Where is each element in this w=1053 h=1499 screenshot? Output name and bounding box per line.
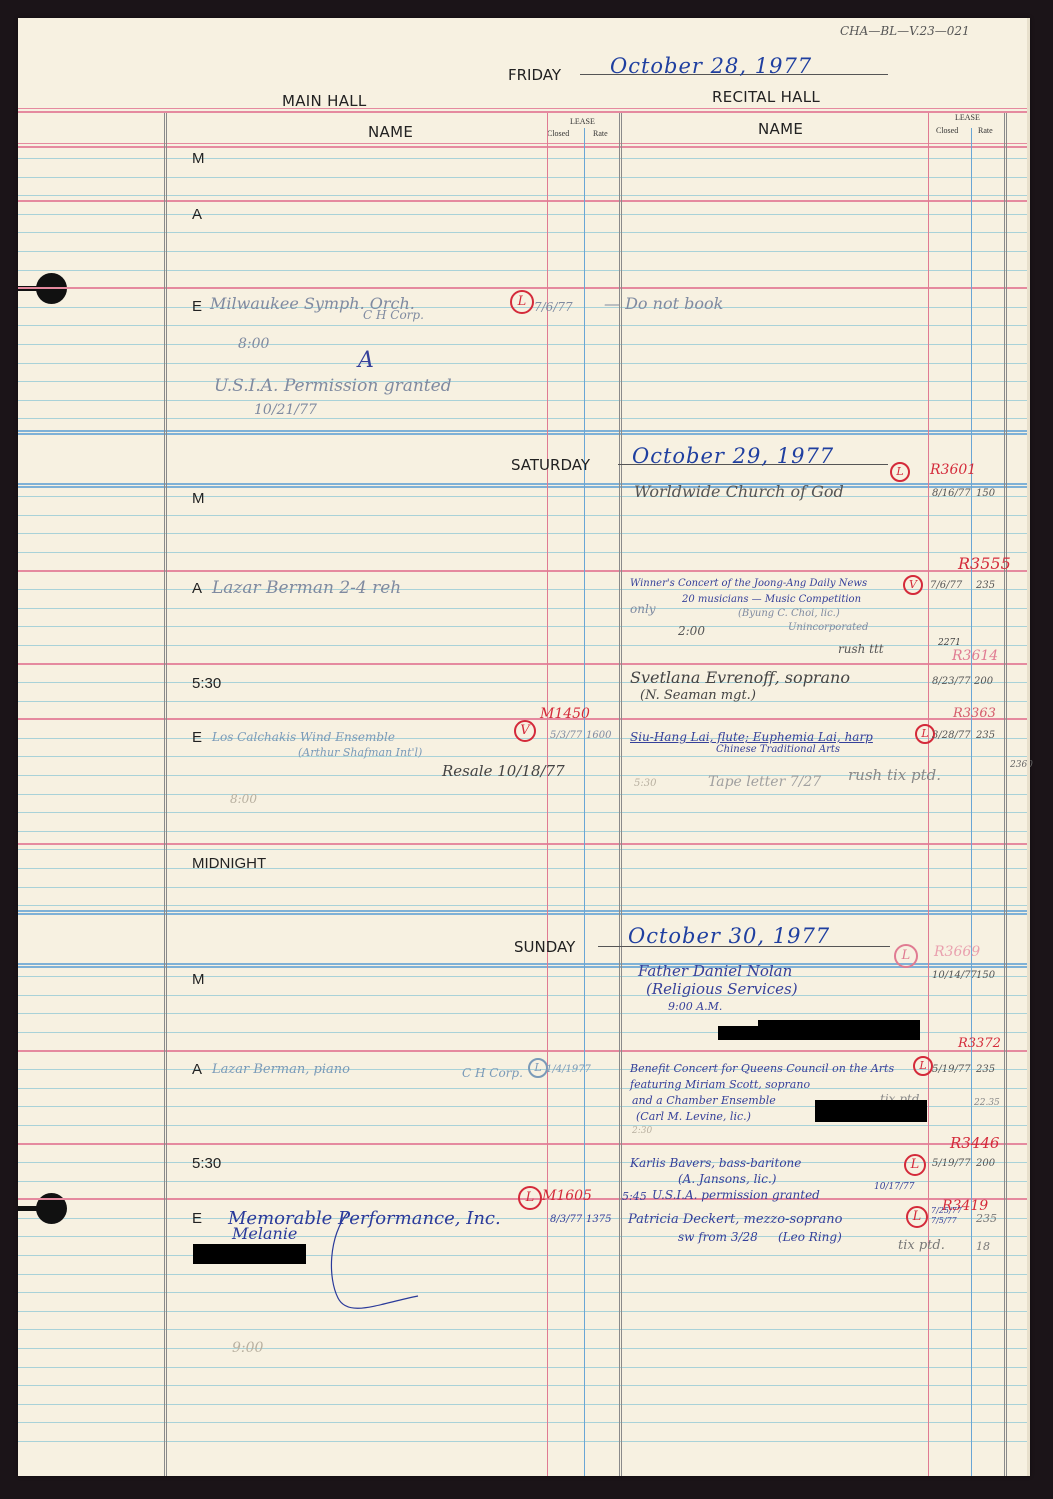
entry-name: Worldwide Church of God bbox=[634, 482, 844, 501]
slot-m: M bbox=[192, 150, 205, 167]
entry-manager: (Byung C. Choi, lic.) bbox=[738, 608, 840, 619]
ruled-line bbox=[18, 682, 1030, 683]
slot-a: A bbox=[192, 206, 202, 223]
left-margin-rule bbox=[164, 113, 167, 1476]
closed-date: 8/23/77 bbox=[932, 676, 971, 687]
entry-note: C H Corp. bbox=[462, 1066, 523, 1080]
status-circle: V bbox=[903, 575, 923, 595]
entry-time: 2:00 bbox=[678, 624, 705, 638]
reference-number: CHA—BL—V.23—021 bbox=[840, 24, 970, 38]
closed-date: 8/16/77 bbox=[932, 488, 971, 499]
closed-date: 5/3/77 bbox=[550, 730, 582, 741]
slot-m: M bbox=[192, 490, 205, 507]
slot-rule bbox=[18, 1050, 1030, 1052]
ruled-line bbox=[18, 1441, 1030, 1442]
ruled-line bbox=[18, 325, 1030, 326]
ruled-line bbox=[18, 701, 1030, 702]
header-top-rule bbox=[18, 108, 1030, 113]
entry-time: 8:00 bbox=[238, 336, 269, 352]
ruled-line bbox=[18, 214, 1030, 215]
ruled-line bbox=[18, 177, 1030, 178]
slot-midnight: MIDNIGHT bbox=[192, 855, 266, 872]
closed-header-main: Closed bbox=[547, 129, 569, 138]
rate-value: 1375 bbox=[586, 1214, 611, 1225]
name-col-header-recital: NAME bbox=[758, 120, 803, 138]
date-saturday: October 29, 1977 bbox=[632, 444, 834, 468]
entry-manager: (N. Seaman mgt.) bbox=[640, 688, 756, 703]
slot-m: M bbox=[192, 971, 205, 988]
entry-note: Unincorporated bbox=[788, 622, 868, 633]
rate-value: 235 bbox=[976, 1212, 997, 1225]
handwritten-flourish bbox=[318, 1208, 428, 1318]
ruled-line bbox=[18, 1162, 1030, 1163]
ruled-line bbox=[18, 1367, 1030, 1368]
slot-530: 5:30 bbox=[192, 1155, 221, 1172]
ruled-line bbox=[18, 868, 1030, 869]
ruled-line bbox=[18, 905, 1030, 906]
permission-note: U.S.I.A. Permission granted bbox=[214, 376, 452, 396]
rate-header-recital: Rate bbox=[978, 126, 993, 135]
closed-date: 8/3/77 bbox=[550, 1214, 582, 1225]
status-circle: L bbox=[890, 462, 910, 482]
ruled-line bbox=[18, 533, 1030, 534]
status-circle: L bbox=[906, 1206, 928, 1228]
redaction bbox=[758, 1020, 920, 1040]
ruled-line bbox=[18, 1404, 1030, 1405]
entry-time: 5:30 bbox=[634, 778, 656, 789]
ruled-line bbox=[18, 1013, 1030, 1014]
margin-note: only bbox=[630, 602, 656, 616]
closed-date: 5/19/77 bbox=[932, 1158, 971, 1169]
permission-date: 10/21/77 bbox=[254, 402, 317, 418]
reservation-number: R3446 bbox=[950, 1134, 999, 1152]
entry-name: Karlis Bavers, bass-baritone bbox=[630, 1156, 801, 1170]
aside-number: 2360 bbox=[1010, 760, 1033, 770]
entry-name: Svetlana Evrenoff, soprano bbox=[630, 668, 850, 687]
slot-e: E bbox=[192, 298, 202, 315]
reservation-number: R3555 bbox=[958, 554, 1011, 573]
entry-line2: sw from 3/28 bbox=[678, 1230, 758, 1244]
ruled-line bbox=[18, 1292, 1030, 1293]
entry-name: Siu-Hang Lai, flute; Euphemia Lai, harp bbox=[630, 730, 873, 744]
rate-col-rule-main bbox=[584, 128, 585, 1476]
status-circle: L bbox=[510, 290, 534, 314]
rate-value: 150 bbox=[976, 488, 995, 499]
redaction bbox=[718, 1026, 778, 1040]
ruled-line bbox=[18, 381, 1030, 382]
ruled-line bbox=[18, 270, 1030, 271]
closed-date-alt: 7/5/77 bbox=[931, 1216, 957, 1225]
section-divider bbox=[18, 430, 1030, 435]
ruled-line bbox=[18, 831, 1030, 832]
closed-date: 5/19/77 bbox=[932, 1064, 971, 1075]
entry-time: 2:30 bbox=[632, 1126, 652, 1136]
ruled-line bbox=[18, 418, 1030, 419]
entry-note2: rush ttt bbox=[838, 642, 884, 656]
right-margin-rule bbox=[1004, 113, 1007, 1476]
ruled-line bbox=[18, 849, 1030, 850]
entry-manager: (Leo Ring) bbox=[778, 1230, 842, 1244]
ruled-line bbox=[18, 1125, 1030, 1126]
rate-value: 235 bbox=[976, 730, 995, 741]
ruled-line bbox=[18, 589, 1030, 590]
status-circle: L bbox=[528, 1058, 548, 1078]
ruled-line bbox=[18, 1311, 1030, 1312]
entry-remark: — Do not book bbox=[604, 294, 723, 313]
ruled-line bbox=[18, 232, 1030, 233]
ruled-line bbox=[18, 363, 1030, 364]
ruled-line bbox=[18, 195, 1030, 196]
reservation-number: R3614 bbox=[952, 648, 998, 664]
closed-date: 1/4/1977 bbox=[546, 1064, 591, 1075]
status-circle: L bbox=[894, 944, 918, 968]
lease-header-recital: LEASE bbox=[955, 113, 980, 122]
reservation-number: R3601 bbox=[930, 462, 976, 478]
ruled-line bbox=[18, 344, 1030, 345]
slot-rule bbox=[18, 570, 1030, 572]
redaction bbox=[193, 1244, 306, 1264]
ruled-line bbox=[18, 1348, 1030, 1349]
day-label-friday: FRIDAY bbox=[508, 66, 561, 84]
day-label-saturday: SATURDAY bbox=[511, 456, 590, 474]
entry-time: 9:00 bbox=[232, 1340, 263, 1356]
closed-date: 7/6/77 bbox=[534, 300, 573, 314]
slot-rule bbox=[18, 663, 1030, 665]
ruled-line bbox=[18, 158, 1030, 159]
reservation-number: M1605 bbox=[542, 1188, 592, 1204]
entry-time: 9:00 A.M. bbox=[668, 1000, 722, 1013]
reservation-number: R3363 bbox=[953, 706, 996, 721]
ruled-line bbox=[18, 1329, 1030, 1330]
ruled-line bbox=[18, 1274, 1030, 1275]
section-divider bbox=[18, 910, 1030, 915]
date-sunday: October 30, 1977 bbox=[628, 924, 830, 948]
ruled-line bbox=[18, 1385, 1030, 1386]
closed-header-recital: Closed bbox=[936, 126, 958, 135]
ruled-line bbox=[18, 608, 1030, 609]
ruled-line bbox=[18, 626, 1030, 627]
entry-name: Los Calchakis Wind Ensemble bbox=[212, 730, 395, 744]
entry-line2: Melanie bbox=[232, 1224, 297, 1243]
ruled-line bbox=[18, 976, 1030, 977]
aside-number: 2271 bbox=[938, 638, 961, 648]
reservation-number: R3669 bbox=[934, 944, 980, 960]
entry-note: Tape letter 7/27 bbox=[708, 774, 821, 790]
ruled-line bbox=[18, 1088, 1030, 1089]
entry-time: 8:00 bbox=[230, 792, 257, 806]
closed-col-rule-recital bbox=[928, 113, 929, 1476]
closed-col-rule-main bbox=[547, 113, 548, 1476]
status-circle: L bbox=[904, 1154, 926, 1176]
rate-header-main: Rate bbox=[593, 129, 608, 138]
section-divider bbox=[18, 483, 1030, 488]
entry-name: Patricia Deckert, mezzo-soprano bbox=[628, 1212, 842, 1227]
status-circle: V bbox=[514, 720, 536, 742]
entry-name: Lazar Berman 2-4 reh bbox=[212, 578, 401, 598]
usia-time: 5:45 bbox=[622, 1190, 647, 1203]
redaction bbox=[815, 1100, 927, 1122]
closed-date: 7/6/77 bbox=[930, 580, 962, 591]
ruled-line bbox=[18, 552, 1030, 553]
name-col-header-main: NAME bbox=[368, 123, 413, 141]
entry-name: Lazar Berman, piano bbox=[212, 1062, 350, 1077]
ruled-line bbox=[18, 1236, 1030, 1237]
ruled-line bbox=[18, 812, 1030, 813]
entry-note: C H Corp. bbox=[363, 308, 424, 322]
entry-name: Winner's Concert of the Joong-Ang Daily … bbox=[630, 578, 867, 589]
closed-date: 3/28/77 bbox=[932, 730, 971, 741]
ruled-line bbox=[18, 887, 1030, 888]
ruled-line bbox=[18, 515, 1030, 516]
ruled-line bbox=[18, 400, 1030, 401]
ruled-line bbox=[18, 251, 1030, 252]
rate-col-rule-recital bbox=[971, 128, 972, 1476]
slot-e: E bbox=[192, 729, 202, 746]
ledger-page: CHA—BL—V.23—021 FRIDAY October 28, 1977 … bbox=[18, 18, 1030, 1476]
closed-date: 7/25/77 bbox=[931, 1206, 962, 1215]
entry-line2: featuring Miriam Scott, soprano bbox=[630, 1078, 810, 1091]
entry-manager: (A. Jansons, lic.) bbox=[678, 1172, 776, 1186]
lease-header-main: LEASE bbox=[570, 117, 595, 126]
slot-rule bbox=[18, 1143, 1030, 1145]
slot-rule bbox=[18, 843, 1030, 845]
header-bottom-rule bbox=[18, 143, 1030, 148]
rate-value: 200 bbox=[974, 676, 993, 687]
rate-value: 150 bbox=[976, 970, 995, 981]
reservation-number: R3372 bbox=[958, 1036, 1001, 1051]
slot-rule bbox=[18, 287, 1030, 289]
ruled-line bbox=[18, 1422, 1030, 1423]
rate-value: 1600 bbox=[586, 730, 611, 741]
rate-value: 235 bbox=[976, 1064, 995, 1075]
rate-value: 235 bbox=[976, 580, 995, 591]
entry-line2: (Religious Services) bbox=[646, 980, 798, 998]
slot-e: E bbox=[192, 1210, 202, 1227]
ruled-line bbox=[18, 496, 1030, 497]
entry-manager: (Arthur Shafman Int'l) bbox=[298, 746, 422, 759]
ruled-line bbox=[18, 794, 1030, 795]
date-friday: October 28, 1977 bbox=[610, 54, 812, 78]
recital-col-rule bbox=[619, 113, 622, 1476]
entry-name: Father Daniel Nolan bbox=[638, 962, 792, 980]
ruled-line bbox=[18, 1255, 1030, 1256]
section-divider bbox=[18, 963, 1030, 968]
day-label-sunday: SUNDAY bbox=[514, 938, 575, 956]
slot-rule bbox=[18, 200, 1030, 202]
rate-value-alt: 22.35 bbox=[974, 1098, 1000, 1108]
entry-name: Benefit Concert for Queens Council on th… bbox=[630, 1062, 894, 1075]
aside-number: 18 bbox=[976, 1240, 990, 1253]
entry-line2: 20 musicians — Music Competition bbox=[682, 594, 861, 605]
entry-note2: rush tix ptd. bbox=[848, 766, 941, 784]
entry-manager: (Carl M. Levine, lic.) bbox=[636, 1110, 751, 1123]
ruled-line bbox=[18, 756, 1030, 757]
entry-note: tix ptd. bbox=[898, 1238, 945, 1253]
slot-a: A bbox=[192, 580, 202, 597]
entry-line2: Chinese Traditional Arts bbox=[716, 744, 840, 755]
ruled-line bbox=[18, 995, 1030, 996]
reservation-number: M1450 bbox=[540, 706, 590, 722]
rate-value: 200 bbox=[976, 1158, 995, 1169]
status-circle: L bbox=[913, 1056, 933, 1076]
entry-line3: and a Chamber Ensemble bbox=[632, 1094, 776, 1107]
recital-hall-heading: RECITAL HALL bbox=[712, 88, 820, 106]
ruled-line bbox=[18, 1218, 1030, 1219]
slot-530: 5:30 bbox=[192, 675, 221, 692]
entry-mark: A bbox=[358, 348, 374, 373]
usia-date: 10/17/77 bbox=[874, 1182, 914, 1192]
slot-a: A bbox=[192, 1061, 202, 1078]
closed-date: 10/14/77 bbox=[932, 970, 977, 981]
usia-note: U.S.I.A. permission granted bbox=[652, 1188, 820, 1202]
resale-note: Resale 10/18/77 bbox=[442, 762, 565, 780]
status-circle: L bbox=[518, 1186, 542, 1210]
